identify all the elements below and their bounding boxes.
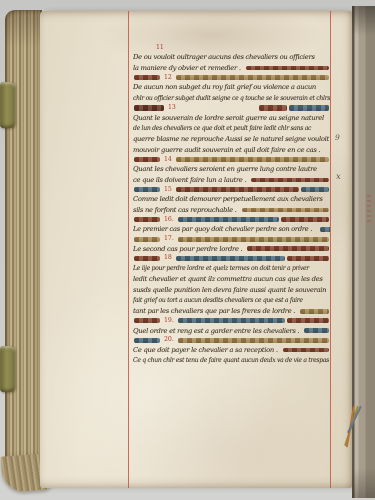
line-text: chlr ou officier subget dudit seigne ce …: [133, 95, 330, 102]
highlight-bar-maroon: [134, 318, 160, 323]
highlight-bar-tan: [176, 157, 329, 162]
toc-line: chlr ou officier subget dudit seigne ce …: [133, 93, 330, 104]
toc-line: la maniere dy obvier et remedier .: [133, 63, 330, 74]
toc-line: Ce que doit payer le chevalier a sa rece…: [133, 344, 330, 355]
line-text: De aucun non subget du roy fait grief ou…: [133, 83, 316, 91]
margin-mark-2: x: [336, 172, 341, 182]
chapter-separator: 13: [133, 104, 330, 113]
highlight-bar-blue: [134, 338, 160, 343]
highlight-bar-maroon: [134, 217, 160, 222]
highlight-bar-blue: [134, 187, 160, 192]
line-text: fait grief ou tort a aucun desdits cheva…: [133, 297, 303, 304]
book-clasp-top: [0, 82, 15, 128]
highlight-bar-blue: [289, 105, 329, 110]
highlight-bar-blue: [304, 328, 329, 333]
toc-line: Le premier cas par quoy doit chevalier p…: [133, 224, 330, 235]
highlight-bar-blue: [320, 227, 330, 232]
highlight-bar-tan: [134, 237, 160, 242]
line-text: Quant le souverain de lordre seroit guer…: [133, 114, 324, 122]
chapter-number: 19.: [164, 318, 174, 324]
bookmark-tassel: [341, 406, 367, 450]
line-text: querre blasme ne reprouche Aussi se le n…: [133, 135, 329, 143]
line-text: Comme ledit doit demourer perpetuellemen…: [133, 195, 323, 203]
highlight-bar-blue: [178, 217, 279, 222]
chapter-separator: 15: [133, 185, 330, 194]
toc-line: querre blasme ne reprouche Aussi se le n…: [133, 134, 330, 145]
line-text: Ce q chun chlr est tenu de faire quant a…: [133, 357, 329, 364]
line-text: Le iije pour perdre lordre et quelz term…: [133, 265, 309, 272]
chapter-number: 16.: [164, 217, 174, 223]
highlight-bar-maroon: [259, 105, 287, 110]
chapter-number: 12: [164, 75, 172, 81]
line-text: susds quelle punition len devra faire au…: [133, 286, 326, 294]
line-text: ledit chevalier et quant ilz commettra a…: [133, 275, 323, 283]
chapter-separator: 18: [133, 254, 330, 263]
line-text: De ou vouloit oultrager aucuns des cheva…: [133, 53, 315, 61]
toc-line: ce que ils doivent faire lun a lautre .: [133, 175, 330, 186]
margin-mark-1: 9: [335, 133, 340, 142]
ruling-line-right: [330, 11, 331, 488]
book-clasp-bottom: [0, 346, 15, 392]
line-text: Le premier cas par quoy doit chevalier p…: [133, 225, 312, 233]
highlight-bar-tan: [242, 208, 329, 213]
toc-line: De aucun non subget du roy fait grief ou…: [133, 82, 330, 93]
chapter-number: 20.: [164, 337, 174, 343]
line-text: ce que ils doivent faire lun a lautre .: [133, 176, 246, 184]
highlight-bar-maroon: [134, 256, 160, 261]
highlight-bar-blue: [178, 318, 285, 323]
highlight-bar-maroon: [246, 66, 329, 71]
toc-line: Quant le souverain de lordre seroit guer…: [133, 112, 330, 123]
highlight-bar-maroon: [287, 318, 329, 323]
toc-line: Le iije pour perdre lordre et quelz term…: [133, 263, 330, 274]
highlight-bar-gap: [180, 105, 257, 110]
chapter-separator: 19.: [133, 317, 330, 326]
fore-edge-jottings: [367, 194, 371, 222]
toc-line: susds quelle punition len devra faire au…: [133, 284, 330, 295]
chapter-separator: 14: [133, 155, 330, 164]
highlight-bar-maroon: [134, 75, 160, 80]
manuscript-photo: 11De ou vouloit oultrager aucuns des che…: [0, 0, 375, 500]
chapter-number: 15: [164, 187, 172, 193]
line-text: tant par les chevaliers que par les frer…: [133, 307, 295, 315]
toc-entries: 11De ou vouloit oultrager aucuns des che…: [133, 44, 330, 366]
toc-line: Quant les chevaliers seroient en guerre …: [133, 164, 330, 175]
toc-line: fait grief ou tort a aucun desdits cheva…: [133, 295, 330, 306]
chapter-number: 14: [164, 157, 172, 163]
toc-line: Quel ordre et reng est a garder entre le…: [133, 325, 330, 336]
chapter-number: 11: [156, 45, 164, 51]
chapter-separator: 20.: [133, 336, 330, 345]
highlight-bar-tan: [300, 309, 329, 314]
ruling-line-left: [128, 11, 129, 488]
chapter-number: 18: [164, 255, 172, 261]
line-text: Ce que doit payer le chevalier a sa rece…: [133, 346, 278, 354]
line-text: Quel ordre et reng est a garder entre le…: [133, 327, 299, 335]
highlight-bar-maroon: [283, 348, 329, 353]
line-text: sils ne forfont cas reprouchable .: [133, 206, 237, 214]
toc-line: mouvoir guerre audit souverain et quil d…: [133, 145, 330, 156]
line-text: Quant les chevaliers seroient en guerre …: [133, 165, 317, 173]
highlight-bar-tan: [178, 237, 329, 242]
highlight-bar-blue: [301, 187, 329, 192]
highlight-bar-tan: [176, 75, 329, 80]
highlight-bar-darkmaroon: [134, 105, 164, 110]
highlight-bar-maroon: [176, 187, 299, 192]
toc-line: tant par les chevaliers que par les frer…: [133, 306, 330, 317]
highlight-bar-maroon: [134, 157, 160, 162]
highlight-bar-maroon: [247, 246, 329, 251]
toc-line: de lun des chevaliers ce que doit et peu…: [133, 123, 330, 134]
highlight-bar-maroon: [281, 217, 329, 222]
line-text: de lun des chevaliers ce que doit et peu…: [133, 125, 311, 132]
chapter-number-row: 11: [133, 44, 330, 52]
chapter-separator: 16.: [133, 216, 330, 225]
highlight-bar-blue: [176, 256, 285, 261]
toc-line: Comme ledit doit demourer perpetuellemen…: [133, 194, 330, 205]
highlight-bar-maroon: [251, 178, 329, 183]
chapter-number: 17.: [164, 236, 174, 242]
chapter-number: 13: [168, 105, 176, 111]
line-text: mouvoir guerre audit souverain et quil d…: [133, 146, 320, 154]
highlight-bar-tan: [178, 338, 329, 343]
toc-line: sils ne forfont cas reprouchable .: [133, 205, 330, 216]
toc-line: ledit chevalier et quant ilz commettra a…: [133, 273, 330, 284]
chapter-separator: 17.: [133, 235, 330, 244]
toc-line: 21Ce q chun chlr est tenu de faire quant…: [133, 355, 330, 366]
line-text: la maniere dy obvier et remedier .: [133, 64, 241, 72]
toc-line: De ou vouloit oultrager aucuns des cheva…: [133, 52, 330, 63]
highlight-bar-maroon: [287, 256, 329, 261]
toc-line: Le second cas pour perdre lordre .: [133, 243, 330, 254]
chapter-separator: 12: [133, 74, 330, 83]
line-text: Le second cas pour perdre lordre .: [133, 245, 242, 253]
